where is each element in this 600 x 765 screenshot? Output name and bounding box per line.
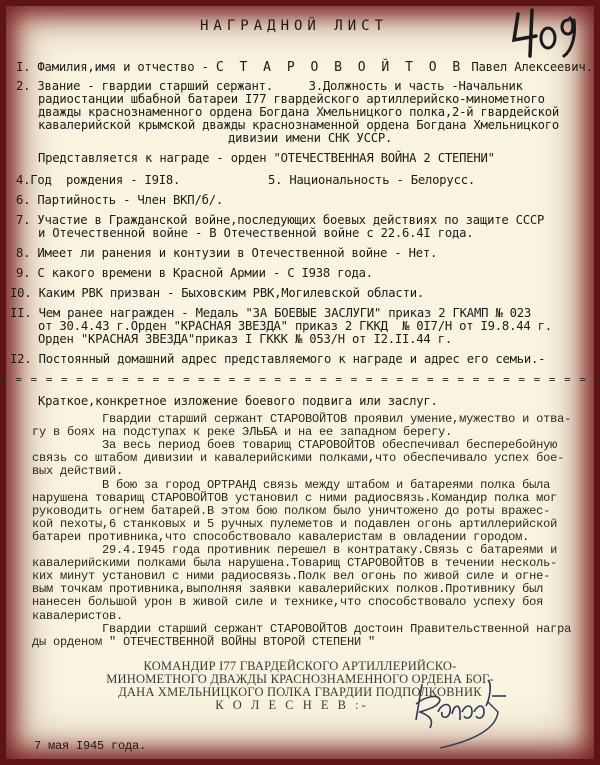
handwritten-signature <box>380 676 520 751</box>
document-title: НАГРАДНОЙ ЛИСТ <box>200 20 388 33</box>
field-6: 6. Партийность - Член ВКП/б/. <box>16 194 223 207</box>
document-date: 7 мая I945 года. <box>34 740 146 753</box>
narrative-line: Гвардии старший сержант СТАРОВОЙТОВ дост… <box>32 623 571 636</box>
field-8: 8. Имеет ли ранения и контузии в Отечест… <box>16 247 437 260</box>
narrative-line: ды орденом " ОТЕЧЕСТВЕННОЙ ВОЙНЫ ВТОРОЙ … <box>32 636 375 649</box>
surname: С Т А Р О В О Й Т О В <box>216 60 464 75</box>
narrative-line: кавалеристов. <box>32 610 123 623</box>
field-9: 9. С какого времени в Красной Армии - С … <box>16 267 373 280</box>
narrative-line: вых действий. <box>32 465 123 478</box>
separator-line: = = = = = = = = = = = = = = = = = = = = … <box>0 373 600 386</box>
narrative-line: Гвардии старший сержант СТАРОВОЙТОВ проя… <box>32 413 571 426</box>
archive-number-handwritten <box>510 6 590 58</box>
field-5: 5. Национальность - Белорусс. <box>268 174 475 187</box>
narrative-line: вым точкам противника,выполняя заявки ка… <box>32 583 543 596</box>
field-1: I. Фамилия,имя и отчество - С Т А Р О В … <box>16 61 593 74</box>
award-sheet-frame: НАГРАДНОЙ ЛИСТ I. Фамилия,имя и отчество… <box>0 0 600 765</box>
field-10: I0. Каким РВК призван - Быховским РВК,Мо… <box>10 287 424 300</box>
field-4: 4.Год рождения - I9I8. <box>16 174 180 187</box>
narrative-line: В бою за город ОРТРАНД связь между штабо… <box>32 479 550 492</box>
award-sheet-paper: НАГРАДНОЙ ЛИСТ I. Фамилия,имя и отчество… <box>0 0 600 765</box>
field-11-line-3: Орден "КРАСНАЯ ЗВЕЗДА"приказ I ГККК № 05… <box>38 333 452 346</box>
narrative-line: ких минут установил с ними радиосвязь.По… <box>32 570 550 583</box>
narrative-line: связь со штабом дивизии и кавалерийскими… <box>32 452 564 465</box>
field-12: I2. Постоянный домашний адрес представля… <box>10 353 545 366</box>
narrative-line: кавалерийскими полками была нарушена.Тов… <box>32 557 557 570</box>
narrative-line: нанесен большой урон в живой силе и техн… <box>32 596 543 609</box>
narrative-line: нарушена товарищ СТАРОВОЙТОВ установил с… <box>32 492 557 505</box>
narrative-line: руководить огнем батарей.В этом бою полк… <box>32 505 550 518</box>
field-7-line-2: и Отечественной войне - В Отечественной … <box>38 227 473 240</box>
award-recommendation: Представляется к награде - орден "ОТЕЧЕС… <box>38 152 495 165</box>
narrative-line: кой пехоты,6 станковых и 5 ручных пулеме… <box>32 518 557 531</box>
field-3-line-5: дивизии имени СНК УССР. <box>228 132 392 145</box>
narrative-line: За весь период боев товарищ СТАРОВОЙТОВ … <box>32 439 557 452</box>
section-heading: Краткое,конкретное изложение боевого под… <box>38 395 438 408</box>
narrative-line: батареи противника,что способствовало ка… <box>32 531 529 544</box>
